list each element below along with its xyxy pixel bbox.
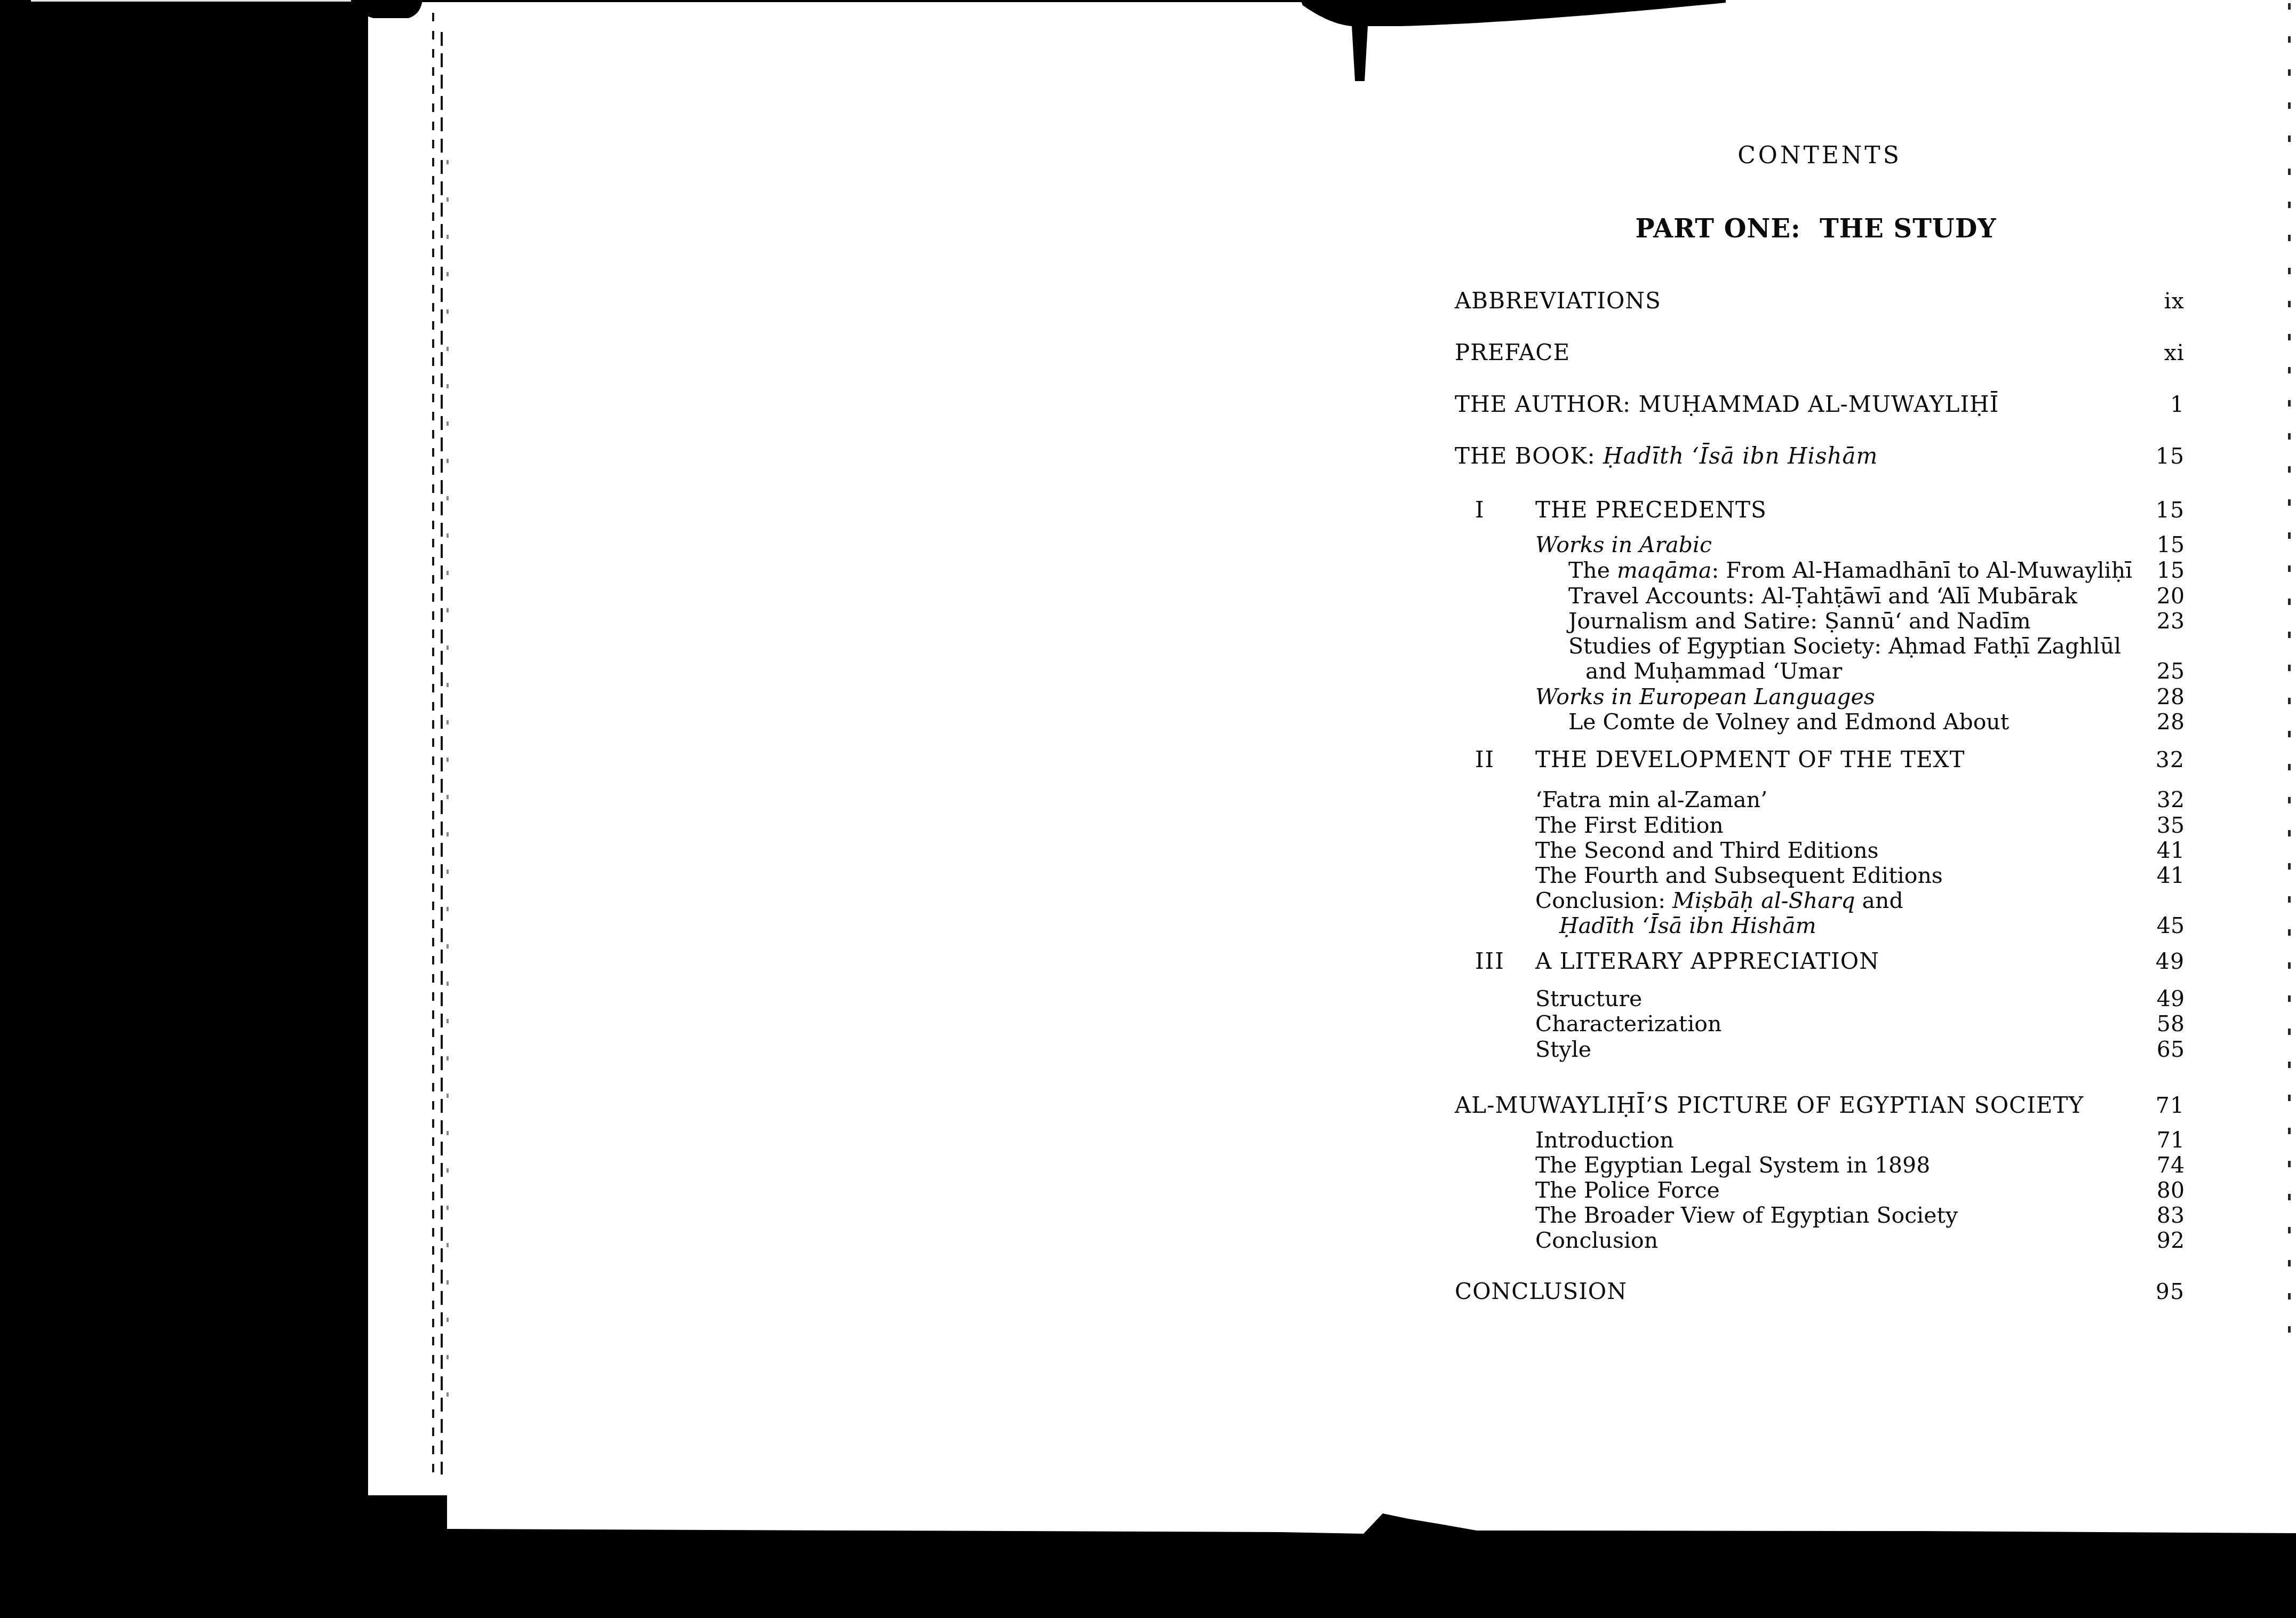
toc-row: The First Edition35 — [1455, 813, 2185, 838]
toc-page-number: 15 — [2145, 498, 2185, 523]
toc-page-number: 49 — [2145, 949, 2185, 974]
toc-row: ‘Fatra min al-Zaman’32 — [1455, 787, 2185, 812]
toc-row: THE AUTHOR: MUḤAMMAD AL-MUWAYLIḤĪ1 — [1455, 392, 2185, 417]
toc-entry-label: The Broader View of Egyptian Society — [1455, 1203, 1958, 1228]
toc-page-number: 92 — [2146, 1228, 2185, 1253]
toc-page-number: 74 — [2146, 1153, 2185, 1178]
toc-page-number: 28 — [2146, 684, 2185, 710]
toc-entry-label: Works in Arabic — [1455, 532, 1712, 557]
toc-page-number: 65 — [2146, 1037, 2185, 1062]
toc-page-number: 32 — [2146, 787, 2185, 812]
toc-page-number: 45 — [2146, 913, 2185, 938]
toc-entry-label: and Muḥammad ‘Umar — [1455, 659, 1842, 684]
toc-page-number: 32 — [2145, 747, 2185, 772]
toc-entry-label: Le Comte de Volney and Edmond About — [1455, 710, 2009, 735]
toc-page-number: 41 — [2146, 838, 2185, 863]
toc-row: IIIA LITERARY APPRECIATION49 — [1455, 949, 2185, 974]
toc-entry-label: Style — [1455, 1037, 1591, 1062]
toc-row: Conclusion92 — [1455, 1228, 2185, 1253]
toc-entry-label: The Police Force — [1455, 1178, 1720, 1203]
toc-page-number: 83 — [2146, 1203, 2185, 1228]
toc-row: PREFACExi — [1455, 340, 2185, 365]
toc-page-number: ix — [2154, 289, 2185, 314]
toc-row: and Muḥammad ‘Umar25 — [1455, 659, 2185, 684]
toc-row: Works in Arabic15 — [1455, 532, 2185, 557]
toc-entry-label: Structure — [1455, 986, 1642, 1011]
chapter-numeral: I — [1455, 497, 1535, 522]
toc-page-number: 23 — [2146, 609, 2185, 634]
toc-page-number: 80 — [2146, 1178, 2185, 1203]
toc-entry-label: THE AUTHOR: MUḤAMMAD AL-MUWAYLIḤĪ — [1455, 392, 1999, 417]
toc-entry-label: Conclusion: Miṣbāḥ al-Sharq and — [1455, 888, 1903, 913]
toc-entry-label: Characterization — [1455, 1011, 1721, 1037]
toc-page-number: 49 — [2146, 986, 2185, 1011]
toc-entry-label: A LITERARY APPRECIATION — [1535, 949, 1879, 974]
toc-row: CONCLUSION95 — [1455, 1279, 2185, 1304]
chapter-numeral: III — [1455, 949, 1535, 974]
toc-row: Ḥadīth ‘Īsā ibn Hishām45 — [1455, 913, 2185, 938]
toc-page-number: 15 — [2146, 532, 2185, 557]
contents-heading: CONTENTS — [1737, 144, 1902, 168]
toc-page-number: 25 — [2146, 659, 2185, 684]
toc-row: The Broader View of Egyptian Society83 — [1455, 1203, 2185, 1228]
chapter-numeral: II — [1455, 747, 1535, 772]
toc-entry-label: THE BOOK: Ḥadīth ‘Īsā ibn Hishām — [1455, 443, 1878, 468]
toc-row: The Second and Third Editions41 — [1455, 838, 2185, 863]
toc-entry-label: The maqāma: From Al-Hamadhānī to Al-Muwa… — [1455, 558, 2132, 583]
toc-entry-label: ‘Fatra min al-Zaman’ — [1455, 787, 1767, 812]
toc-entry-label: Introduction — [1455, 1128, 1674, 1153]
toc-entry-label: ABBREVIATIONS — [1455, 288, 1661, 313]
toc-row: Style65 — [1455, 1037, 2185, 1062]
toc-row: Journalism and Satire: Ṣannū‘ and Nadīm2… — [1455, 609, 2185, 634]
page-edge-dashed-line — [447, 160, 449, 1430]
page-right-edge-dashes — [2288, 3, 2291, 1348]
toc-row: THE BOOK: Ḥadīth ‘Īsā ibn Hishām15 — [1455, 443, 2185, 469]
toc-page-number: 1 — [2159, 392, 2185, 417]
toc-page-number: 15 — [2146, 558, 2185, 583]
toc-page-number: 58 — [2146, 1011, 2185, 1037]
toc-entry-label: Studies of Egyptian Society: Aḥmad Fatḥī… — [1455, 634, 2121, 659]
scanned-book-page: CONTENTS PART ONE: THE STUDY ABBREVIATIO… — [0, 0, 2296, 1618]
toc-page-number: 28 — [2146, 710, 2185, 735]
toc-row: IITHE DEVELOPMENT OF THE TEXT32 — [1455, 747, 2185, 772]
toc-page-number: 71 — [2145, 1093, 2185, 1118]
toc-entry-label: Conclusion — [1455, 1228, 1658, 1253]
toc-row: Studies of Egyptian Society: Aḥmad Fatḥī… — [1455, 634, 2185, 659]
toc-entry-label: The Second and Third Editions — [1455, 838, 1879, 863]
toc-entry-label: THE PRECEDENTS — [1535, 497, 1767, 522]
toc-row: The Fourth and Subsequent Editions41 — [1455, 863, 2185, 888]
toc-row: ABBREVIATIONSix — [1455, 288, 2185, 314]
toc-page-number: 71 — [2146, 1128, 2185, 1153]
toc-entry-label: Ḥadīth ‘Īsā ibn Hishām — [1455, 913, 1816, 938]
toc-entry-label: PREFACE — [1455, 340, 1570, 365]
toc-row: Works in European Languages28 — [1455, 684, 2185, 710]
toc-page-number: xi — [2154, 340, 2185, 365]
toc-row: Characterization58 — [1455, 1011, 2185, 1037]
toc-entry-label: CONCLUSION — [1455, 1279, 1627, 1304]
toc-entry-label: Travel Accounts: Al-Ṭahṭāwī and ‘Alī Mub… — [1455, 584, 2077, 609]
page-top-edge-shadow — [0, 0, 2296, 91]
toc-page-number: 95 — [2145, 1279, 2185, 1304]
part-one-heading: PART ONE: THE STUDY — [1635, 216, 1996, 242]
page-edge-dashed-line — [432, 13, 434, 1474]
scanner-bed-left — [0, 0, 368, 1618]
toc-row: Introduction71 — [1455, 1128, 2185, 1153]
toc-page-number: 15 — [2145, 444, 2185, 469]
toc-page-number: 41 — [2146, 863, 2185, 888]
page-bottom-shadow — [0, 1483, 2296, 1618]
toc-entry-label: The Egyptian Legal System in 1898 — [1455, 1153, 1930, 1178]
toc-row: Le Comte de Volney and Edmond About28 — [1455, 710, 2185, 735]
toc-entry-label: Works in European Languages — [1455, 684, 1875, 710]
toc-entry-label: The Fourth and Subsequent Editions — [1455, 863, 1943, 888]
toc-row: Conclusion: Miṣbāḥ al-Sharq and — [1455, 888, 2185, 913]
toc-row: Travel Accounts: Al-Ṭahṭāwī and ‘Alī Mub… — [1455, 584, 2185, 609]
toc-row: AL-MUWAYLIḤĪ’S PICTURE OF EGYPTIAN SOCIE… — [1455, 1093, 2185, 1118]
toc-row: The Egyptian Legal System in 189874 — [1455, 1153, 2185, 1178]
toc-row: The Police Force80 — [1455, 1178, 2185, 1203]
page-edge-dashed-line — [441, 32, 443, 1474]
toc-row: The maqāma: From Al-Hamadhānī to Al-Muwa… — [1455, 558, 2185, 583]
toc-row: Structure49 — [1455, 986, 2185, 1011]
toc-entry-label: Journalism and Satire: Ṣannū‘ and Nadīm — [1455, 609, 2031, 634]
toc-page-number: 35 — [2146, 813, 2185, 838]
toc-list: ABBREVIATIONSixPREFACExiTHE AUTHOR: MUḤA… — [1455, 288, 2185, 1304]
toc-entry-label: The First Edition — [1455, 813, 1724, 838]
toc-entry-label: AL-MUWAYLIḤĪ’S PICTURE OF EGYPTIAN SOCIE… — [1455, 1093, 2084, 1118]
toc-entry-label: THE DEVELOPMENT OF THE TEXT — [1535, 747, 1965, 772]
toc-row: ITHE PRECEDENTS15 — [1455, 497, 2185, 523]
toc-page-number: 20 — [2146, 584, 2185, 609]
